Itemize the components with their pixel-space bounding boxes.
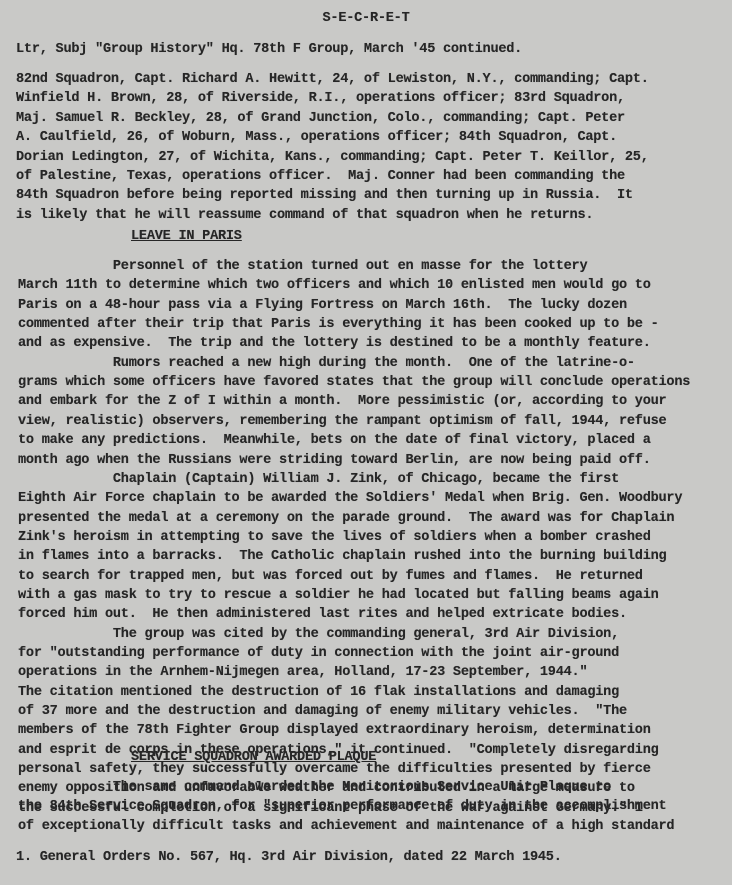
- text-line: and embark for the Z of I within a month…: [18, 393, 666, 411]
- text-line: 84th Squadron before being reported miss…: [16, 187, 633, 205]
- text-line: Chaplain (Captain) William J. Zink, of C…: [18, 471, 619, 489]
- text-line: Winfield H. Brown, 28, of Riverside, R.I…: [16, 90, 625, 108]
- text-line: The group was cited by the commanding ge…: [18, 626, 619, 644]
- text-line: Rumors reached a new high during the mon…: [18, 355, 635, 373]
- text-line: grams which some officers have favored s…: [18, 374, 690, 392]
- text-line: Personnel of the station turned out en m…: [18, 258, 587, 276]
- text-line: of 37 more and the destruction and damag…: [18, 703, 627, 721]
- classification-header: S-E-C-R-E-T: [0, 10, 732, 28]
- text-line: operations in the Arnhem-Nijmegen area, …: [18, 664, 587, 682]
- footnote: 1. General Orders No. 567, Hq. 3rd Air D…: [16, 849, 562, 867]
- text-line: to search for trapped men, but was force…: [18, 568, 643, 586]
- document-page: S-E-C-R-E-T Ltr, Subj "Group History" Hq…: [0, 0, 732, 885]
- heading-service-squadron: SERVICE SQUADRON AWARDED PLAQUE: [131, 749, 376, 767]
- text-line: The same command awarded the Meritorious…: [18, 779, 611, 797]
- text-line: for "outstanding performance of duty in …: [18, 645, 619, 663]
- text-line: forced him out. He then administered las…: [18, 606, 627, 624]
- text-line: presented the medal at a ceremony on the…: [18, 510, 674, 528]
- text-line: 82nd Squadron, Capt. Richard A. Hewitt, …: [16, 71, 649, 89]
- text-line: A. Caulfield, 26, of Woburn, Mass., oper…: [16, 129, 617, 147]
- text-line: of Palestine, Texas, operations officer.…: [16, 168, 625, 186]
- text-line: March 11th to determine which two office…: [18, 277, 651, 295]
- text-line: in flames into a barracks. The Catholic …: [18, 548, 666, 566]
- text-line: Dorian Ledington, 27, of Wichita, Kans.,…: [16, 149, 649, 167]
- text-line: Eighth Air Force chaplain to be awarded …: [18, 490, 682, 508]
- text-line: month ago when the Russians were stridin…: [18, 452, 651, 470]
- text-line: of exceptionally difficult tasks and ach…: [18, 818, 674, 836]
- text-line: is likely that he will reassume command …: [16, 207, 593, 225]
- text-line: to make any predictions. Meanwhile, bets…: [18, 432, 651, 450]
- text-line: members of the 78th Fighter Group displa…: [18, 722, 651, 740]
- text-line: Maj. Samuel R. Beckley, 28, of Grand Jun…: [16, 110, 625, 128]
- text-line: Paris on a 48-hour pass via a Flying For…: [18, 297, 627, 315]
- text-line: with a gas mask to try to rescue a soldi…: [18, 587, 659, 605]
- text-line: Zink's heroism in attempting to save the…: [18, 529, 651, 547]
- subject-line: Ltr, Subj "Group History" Hq. 78th F Gro…: [16, 41, 522, 59]
- text-line: and as expensive. The trip and the lotte…: [18, 335, 651, 353]
- heading-leave-in-paris: LEAVE IN PARIS: [131, 228, 242, 246]
- text-line: commented after their trip that Paris is…: [18, 316, 659, 334]
- text-line: the 84th Service Squadron, for "superior…: [18, 798, 666, 816]
- text-line: The citation mentioned the destruction o…: [18, 684, 619, 702]
- text-line: view, realistic) observers, remembering …: [18, 413, 666, 431]
